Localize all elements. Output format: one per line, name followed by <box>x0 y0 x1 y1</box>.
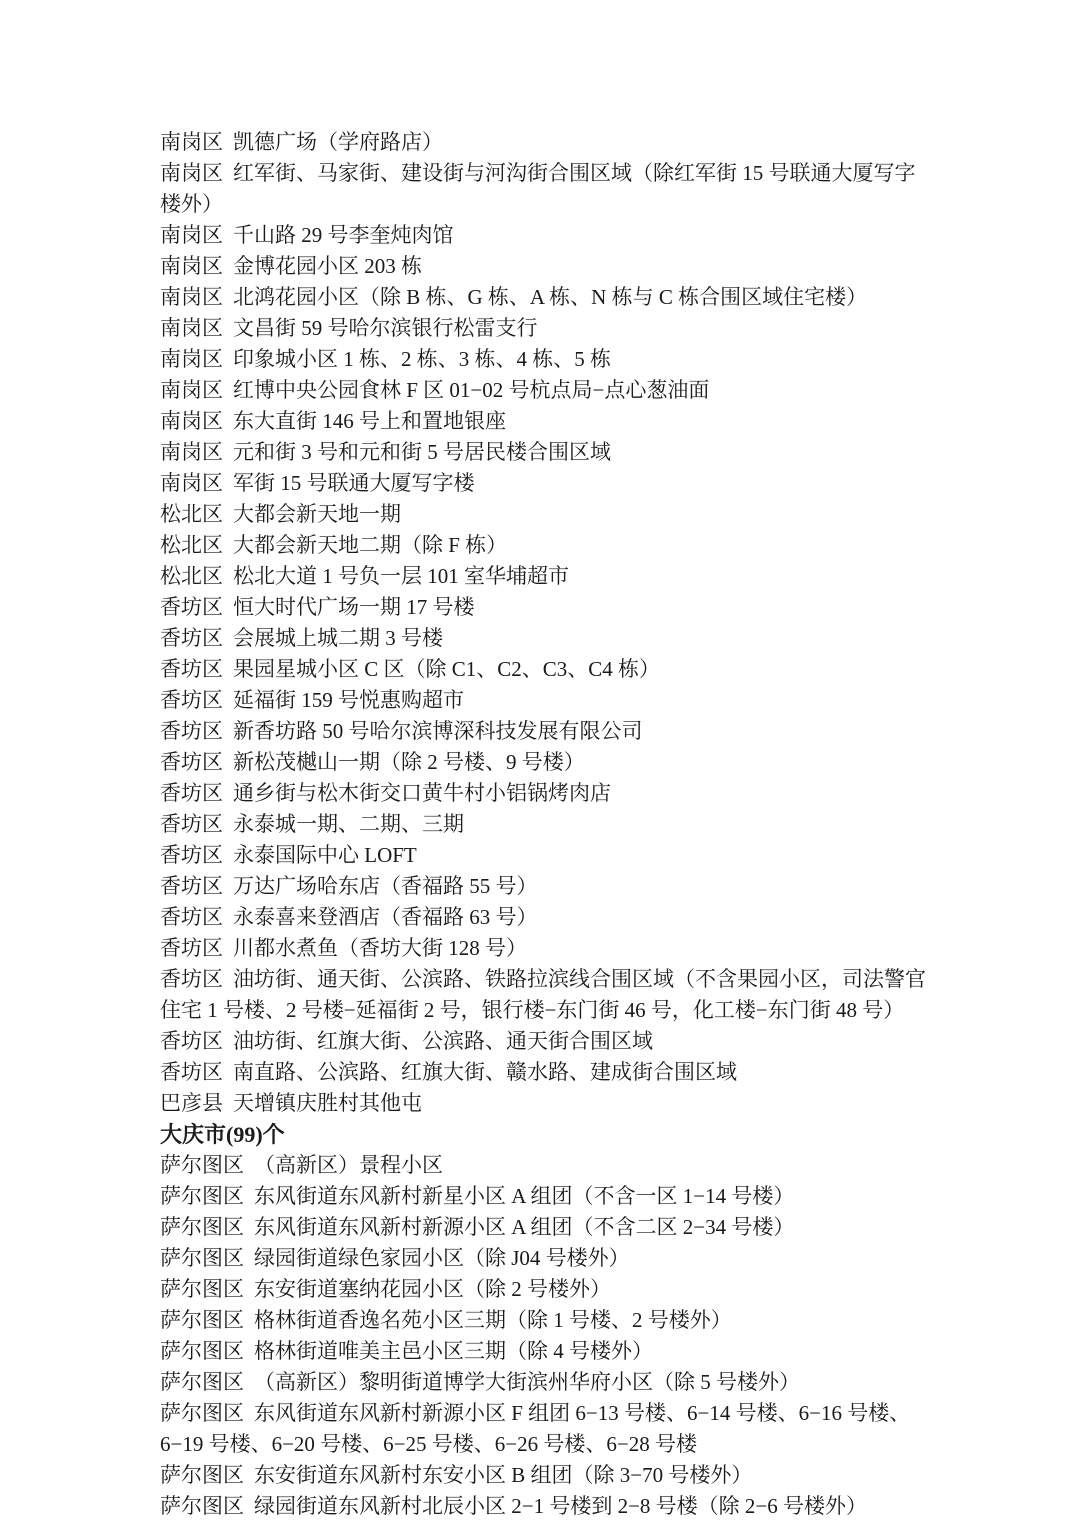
list-item: 香坊区恒大时代广场一期 17 号楼 <box>160 592 926 623</box>
address-text: 绿园街道绿色家园小区（除 J04 号楼外） <box>254 1246 630 1270</box>
list-item: 香坊区通乡街与松木街交口黄牛村小铝锅烤肉店 <box>160 778 926 809</box>
district-label: 南岗区 <box>160 471 223 495</box>
district-label: 香坊区 <box>160 719 223 743</box>
district-label: 萨尔图区 <box>160 1184 244 1208</box>
district-label: 萨尔图区 <box>160 1308 244 1332</box>
district-label: 萨尔图区 <box>160 1339 244 1363</box>
list-item: 南岗区千山路 29 号李奎炖肉馆 <box>160 220 926 251</box>
district-label: 南岗区 <box>160 161 223 185</box>
district-label: 松北区 <box>160 564 223 588</box>
list-item: 巴彦县天增镇庆胜村其他屯 <box>160 1088 926 1119</box>
list-item: 香坊区南直路、公滨路、红旗大街、赣水路、建成街合围区域 <box>160 1057 926 1088</box>
district-label: 萨尔图区 <box>160 1463 244 1487</box>
district-label: 香坊区 <box>160 967 223 991</box>
address-text: 元和街 3 号和元和街 5 号居民楼合围区域 <box>233 440 611 464</box>
address-text: 松北大道 1 号负一层 101 室华埔超市 <box>233 564 569 588</box>
district-label: 香坊区 <box>160 874 223 898</box>
district-label: 南岗区 <box>160 130 223 154</box>
address-text: 红军街、马家街、建设街与河沟街合围区域（除红军街 15 号联通大厦写字楼外） <box>160 161 916 216</box>
address-text: 印象城小区 1 栋、2 栋、3 栋、4 栋、5 栋 <box>233 347 611 371</box>
list-item: 萨尔图区绿园街道绿色家园小区（除 J04 号楼外） <box>160 1243 926 1274</box>
list-item: 香坊区新香坊路 50 号哈尔滨博深科技发展有限公司 <box>160 716 926 747</box>
district-label: 萨尔图区 <box>160 1494 244 1518</box>
address-text: 会展城上城二期 3 号楼 <box>233 626 443 650</box>
list-item: 萨尔图区绿园街道东风新村北辰小区 2−1 号楼到 2−8 号楼（除 2−6 号楼… <box>160 1491 926 1522</box>
address-text: 东安街道塞纳花园小区（除 2 号楼外） <box>254 1277 611 1301</box>
district-label: 松北区 <box>160 533 223 557</box>
address-text: 永泰城一期、二期、三期 <box>233 812 464 836</box>
address-text: 川都水煮鱼（香坊大街 128 号） <box>233 936 527 960</box>
address-text: 新香坊路 50 号哈尔滨博深科技发展有限公司 <box>233 719 643 743</box>
address-text: 东大直街 146 号上和置地银座 <box>233 409 506 433</box>
list-item: 萨尔图区（高新区）景程小区 <box>160 1150 926 1181</box>
list-item: 松北区大都会新天地二期（除 F 栋） <box>160 530 926 561</box>
address-text: 东风街道东风新村新星小区 A 组团（不含一区 1−14 号楼） <box>254 1184 794 1208</box>
list-item: 香坊区油坊街、通天街、公滨路、铁路拉滨线合围区域（不含果园小区，司法警官住宅 1… <box>160 964 926 1026</box>
address-text: 永泰国际中心 LOFT <box>233 843 417 867</box>
address-text: 格林街道唯美主邑小区三期（除 4 号楼外） <box>254 1339 653 1363</box>
address-text: 大都会新天地二期（除 F 栋） <box>233 533 507 557</box>
list-item: 香坊区永泰城一期、二期、三期 <box>160 809 926 840</box>
district-label: 香坊区 <box>160 688 223 712</box>
list-item: 萨尔图区东风街道东风新村新源小区 F 组团 6−13 号楼、6−14 号楼、6−… <box>160 1398 926 1460</box>
address-text: 红博中央公园食林 F 区 01−02 号杭点局−点心葱油面 <box>233 378 709 402</box>
list-item: 香坊区永泰喜来登酒店（香福路 63 号） <box>160 902 926 933</box>
district-label: 南岗区 <box>160 223 223 247</box>
list-item: 南岗区东大直街 146 号上和置地银座 <box>160 406 926 437</box>
address-text: 绿园街道东风新村北辰小区 2−1 号楼到 2−8 号楼（除 2−6 号楼外） <box>254 1494 867 1518</box>
list-item: 萨尔图区格林街道唯美主邑小区三期（除 4 号楼外） <box>160 1336 926 1367</box>
district-label: 萨尔图区 <box>160 1246 244 1270</box>
district-label: 香坊区 <box>160 750 223 774</box>
list-item: 香坊区果园星城小区 C 区（除 C1、C2、C3、C4 栋） <box>160 654 926 685</box>
district-label: 南岗区 <box>160 378 223 402</box>
district-label: 香坊区 <box>160 626 223 650</box>
address-text: 天增镇庆胜村其他屯 <box>233 1091 422 1115</box>
district-label: 南岗区 <box>160 316 223 340</box>
district-label: 南岗区 <box>160 440 223 464</box>
address-text: 北鸿花园小区（除 B 栋、G 栋、A 栋、N 栋与 C 栋合围区域住宅楼） <box>233 285 867 309</box>
list-item: 萨尔图区东风街道东风新村新源小区 A 组团（不含二区 2−34 号楼） <box>160 1212 926 1243</box>
address-text: （高新区）黎明街道博学大街滨州华府小区（除 5 号楼外） <box>254 1370 800 1394</box>
address-text: 油坊街、红旗大街、公滨路、通天街合围区域 <box>233 1029 653 1053</box>
list-item: 南岗区印象城小区 1 栋、2 栋、3 栋、4 栋、5 栋 <box>160 344 926 375</box>
district-label: 南岗区 <box>160 409 223 433</box>
district-label: 香坊区 <box>160 1029 223 1053</box>
city-section-heading: 大庆市(99)个 <box>160 1119 926 1150</box>
district-label: 香坊区 <box>160 1060 223 1084</box>
district-label: 萨尔图区 <box>160 1401 244 1425</box>
list-item: 香坊区延福街 159 号悦惠购超市 <box>160 685 926 716</box>
district-label: 萨尔图区 <box>160 1215 244 1239</box>
district-label: 香坊区 <box>160 657 223 681</box>
district-label: 萨尔图区 <box>160 1370 244 1394</box>
list-item: 香坊区永泰国际中心 LOFT <box>160 840 926 871</box>
district-label: 南岗区 <box>160 254 223 278</box>
district-label: 香坊区 <box>160 595 223 619</box>
list-item: 萨尔图区（高新区）黎明街道博学大街滨州华府小区（除 5 号楼外） <box>160 1367 926 1398</box>
address-text: 格林街道香逸名苑小区三期（除 1 号楼、2 号楼外） <box>254 1308 732 1332</box>
address-text: 油坊街、通天街、公滨路、铁路拉滨线合围区域（不含果园小区，司法警官住宅 1 号楼… <box>160 967 926 1022</box>
list-item: 南岗区元和街 3 号和元和街 5 号居民楼合围区域 <box>160 437 926 468</box>
list-item: 香坊区油坊街、红旗大街、公滨路、通天街合围区域 <box>160 1026 926 1057</box>
district-label: 香坊区 <box>160 905 223 929</box>
district-label: 香坊区 <box>160 843 223 867</box>
district-label: 萨尔图区 <box>160 1277 244 1301</box>
address-text: 大都会新天地一期 <box>233 502 401 526</box>
address-text: 通乡街与松木街交口黄牛村小铝锅烤肉店 <box>233 781 611 805</box>
address-text: 延福街 159 号悦惠购超市 <box>233 688 464 712</box>
district-label: 萨尔图区 <box>160 1153 244 1177</box>
list-item: 南岗区凯德广场（学府路店） <box>160 127 926 158</box>
list-item: 萨尔图区格林街道香逸名苑小区三期（除 1 号楼、2 号楼外） <box>160 1305 926 1336</box>
list-item: 萨尔图区东安街道塞纳花园小区（除 2 号楼外） <box>160 1274 926 1305</box>
district-label: 香坊区 <box>160 781 223 805</box>
address-text: 万达广场哈东店（香福路 55 号） <box>233 874 538 898</box>
address-text: 金博花园小区 203 栋 <box>233 254 422 278</box>
district-label: 南岗区 <box>160 347 223 371</box>
risk-area-list: 南岗区凯德广场（学府路店）南岗区红军街、马家街、建设街与河沟街合围区域（除红军街… <box>160 127 926 1522</box>
address-text: 果园星城小区 C 区（除 C1、C2、C3、C4 栋） <box>233 657 660 681</box>
list-item: 香坊区万达广场哈东店（香福路 55 号） <box>160 871 926 902</box>
district-label: 香坊区 <box>160 812 223 836</box>
list-item: 松北区大都会新天地一期 <box>160 499 926 530</box>
address-text: 恒大时代广场一期 17 号楼 <box>233 595 475 619</box>
address-text: 东风街道东风新村新源小区 F 组团 6−13 号楼、6−14 号楼、6−16 号… <box>160 1401 910 1456</box>
district-label: 松北区 <box>160 502 223 526</box>
address-text: 凯德广场（学府路店） <box>233 130 443 154</box>
list-item: 南岗区军街 15 号联通大厦写字楼 <box>160 468 926 499</box>
list-item: 南岗区红博中央公园食林 F 区 01−02 号杭点局−点心葱油面 <box>160 375 926 406</box>
list-item: 南岗区金博花园小区 203 栋 <box>160 251 926 282</box>
district-label: 巴彦县 <box>160 1091 223 1115</box>
district-label: 南岗区 <box>160 285 223 309</box>
list-item: 南岗区北鸿花园小区（除 B 栋、G 栋、A 栋、N 栋与 C 栋合围区域住宅楼） <box>160 282 926 313</box>
address-text: 军街 15 号联通大厦写字楼 <box>233 471 475 495</box>
list-item: 香坊区川都水煮鱼（香坊大街 128 号） <box>160 933 926 964</box>
list-item: 南岗区文昌街 59 号哈尔滨银行松雷支行 <box>160 313 926 344</box>
address-text: （高新区）景程小区 <box>254 1153 443 1177</box>
list-item: 香坊区会展城上城二期 3 号楼 <box>160 623 926 654</box>
list-item: 萨尔图区东风街道东风新村新星小区 A 组团（不含一区 1−14 号楼） <box>160 1181 926 1212</box>
list-item: 香坊区新松茂樾山一期（除 2 号楼、9 号楼） <box>160 747 926 778</box>
address-text: 文昌街 59 号哈尔滨银行松雷支行 <box>233 316 538 340</box>
address-text: 东风街道东风新村新源小区 A 组团（不含二区 2−34 号楼） <box>254 1215 794 1239</box>
list-item: 南岗区红军街、马家街、建设街与河沟街合围区域（除红军街 15 号联通大厦写字楼外… <box>160 158 926 220</box>
list-item: 松北区松北大道 1 号负一层 101 室华埔超市 <box>160 561 926 592</box>
address-text: 千山路 29 号李奎炖肉馆 <box>233 223 454 247</box>
district-label: 香坊区 <box>160 936 223 960</box>
address-text: 南直路、公滨路、红旗大街、赣水路、建成街合围区域 <box>233 1060 737 1084</box>
list-item: 萨尔图区东安街道东风新村东安小区 B 组团（除 3−70 号楼外） <box>160 1460 926 1491</box>
address-text: 新松茂樾山一期（除 2 号楼、9 号楼） <box>233 750 585 774</box>
address-text: 东安街道东风新村东安小区 B 组团（除 3−70 号楼外） <box>254 1463 752 1487</box>
address-text: 永泰喜来登酒店（香福路 63 号） <box>233 905 538 929</box>
